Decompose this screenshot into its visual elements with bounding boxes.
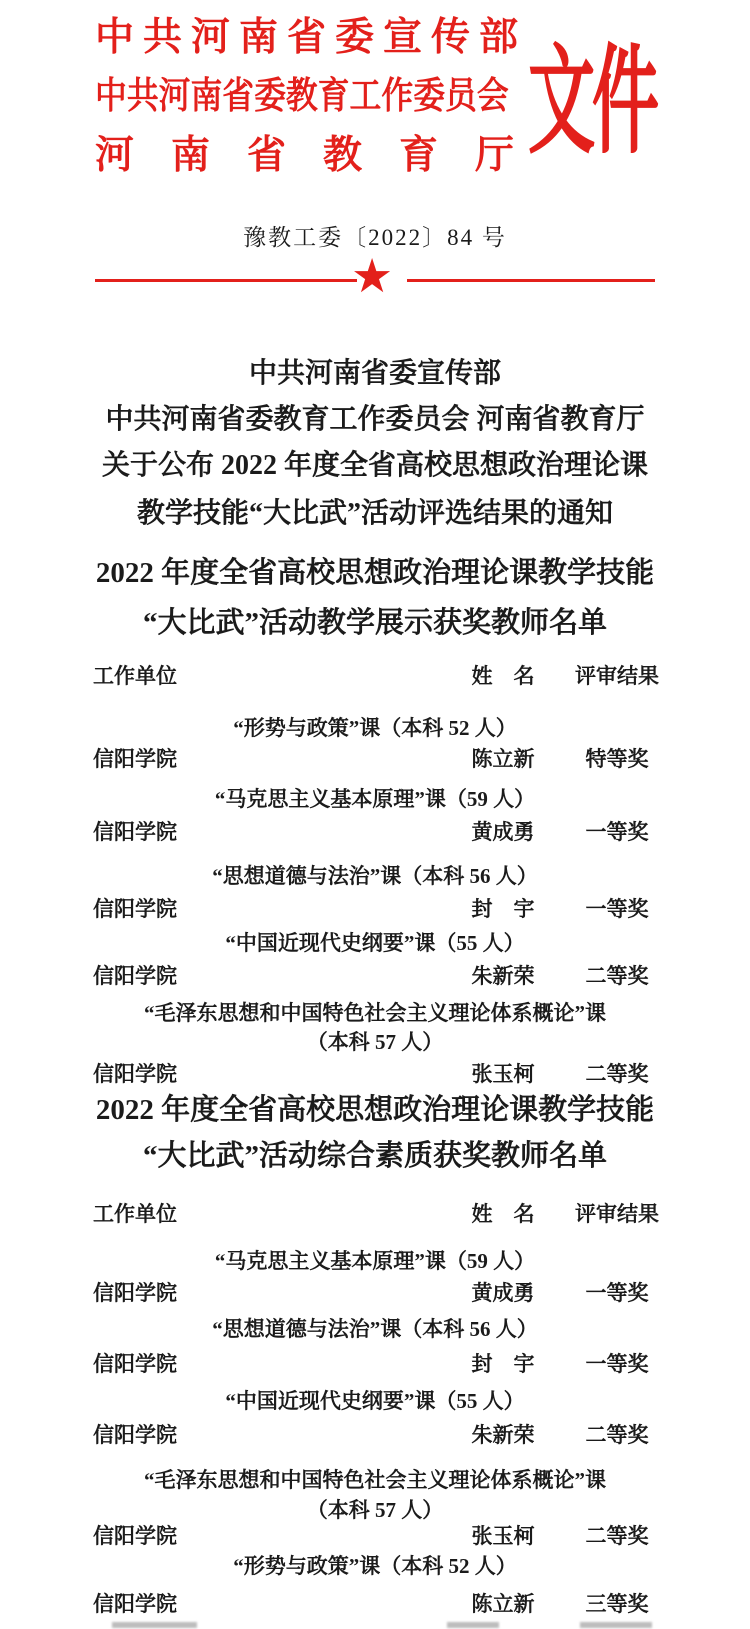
org-name-line-3: 河南省教育厅 (95, 136, 515, 176)
section2-heading-line-2: “大比武”活动综合素质获奖教师名单 (0, 1139, 750, 1173)
red-rule-left (95, 279, 357, 282)
cutoff-row-unit-fragment (112, 1622, 197, 1628)
row-result: 二等奖 (572, 963, 662, 989)
row-name: 黄成勇 (448, 819, 558, 845)
row-result: 一等奖 (572, 1351, 662, 1377)
course-heading-line2: （本科 57 人） (0, 1497, 750, 1523)
course-heading: “形势与政策”课（本科 52 人） (0, 1553, 750, 1579)
row-name: 陈立新 (448, 746, 558, 772)
table1-header-result: 评审结果 (572, 663, 662, 689)
row-name: 封 宇 (448, 896, 558, 922)
row-result: 一等奖 (572, 896, 662, 922)
title-line-3: 关于公布 2022 年度全省高校思想政治理论课 (0, 450, 750, 482)
row-unit: 信阳学院 (93, 819, 177, 845)
row-name: 朱新荣 (448, 1422, 558, 1448)
course-heading: “思想道德与法治”课（本科 56 人） (0, 863, 750, 889)
row-unit: 信阳学院 (93, 1523, 177, 1549)
row-unit: 信阳学院 (93, 746, 177, 772)
row-name: 陈立新 (448, 1591, 558, 1617)
section2-heading-line-1: 2022 年度全省高校思想政治理论课教学技能 (0, 1093, 750, 1127)
section1-heading-line-1: 2022 年度全省高校思想政治理论课教学技能 (0, 556, 750, 590)
cutoff-row-name-fragment (447, 1622, 499, 1628)
row-result: 三等奖 (572, 1591, 662, 1617)
course-heading: “思想道德与法治”课（本科 56 人） (0, 1316, 750, 1342)
course-heading: “马克思主义基本原理”课（59 人） (0, 1248, 750, 1274)
doc-type-label: 文件 (528, 44, 656, 162)
org-name-line-2: 中共河南省委教育工作委员会 (95, 78, 456, 116)
row-unit: 信阳学院 (93, 1280, 177, 1306)
course-heading: “中国近现代史纲要”课（55 人） (0, 1388, 750, 1414)
title-line-2: 中共河南省委教育工作委员会 河南省教育厅 (0, 404, 750, 436)
table2-header-name: 姓 名 (448, 1201, 558, 1227)
row-unit: 信阳学院 (93, 1422, 177, 1448)
course-heading-line2: （本科 57 人） (0, 1029, 750, 1055)
course-heading: “马克思主义基本原理”课（59 人） (0, 786, 750, 812)
org-name-line-1: 中共河南省委宣传部 (95, 18, 515, 58)
row-result: 二等奖 (572, 1061, 662, 1087)
row-result: 一等奖 (572, 819, 662, 845)
title-line-4: 教学技能“大比武”活动评选结果的通知 (0, 498, 750, 530)
row-name: 张玉柯 (448, 1523, 558, 1549)
course-heading: “毛泽东思想和中国特色社会主义理论体系概论”课 (0, 1467, 750, 1493)
row-result: 二等奖 (572, 1422, 662, 1448)
table2-header-unit: 工作单位 (93, 1201, 177, 1227)
red-rule-right (407, 279, 655, 282)
row-unit: 信阳学院 (93, 1061, 177, 1087)
section1-heading-line-2: “大比武”活动教学展示获奖教师名单 (0, 606, 750, 640)
table1-header-unit: 工作单位 (93, 663, 177, 689)
row-name: 黄成勇 (448, 1280, 558, 1306)
row-result: 特等奖 (572, 746, 662, 772)
title-line-1: 中共河南省委宣传部 (0, 358, 750, 390)
row-name: 张玉柯 (448, 1061, 558, 1087)
cutoff-row-result-fragment (580, 1622, 652, 1628)
course-heading: “中国近现代史纲要”课（55 人） (0, 930, 750, 956)
row-result: 一等奖 (572, 1280, 662, 1306)
table2-header-result: 评审结果 (572, 1201, 662, 1227)
table1-header-name: 姓 名 (448, 663, 558, 689)
course-heading: “形势与政策”课（本科 52 人） (0, 715, 750, 741)
row-name: 朱新荣 (448, 963, 558, 989)
row-name: 封 宇 (448, 1351, 558, 1377)
star-icon: ★ (351, 254, 393, 301)
row-unit: 信阳学院 (93, 963, 177, 989)
doc-number: 豫教工委〔2022〕84 号 (0, 224, 750, 252)
row-unit: 信阳学院 (93, 1591, 177, 1617)
course-heading: “毛泽东思想和中国特色社会主义理论体系概论”课 (0, 1000, 750, 1026)
row-unit: 信阳学院 (93, 896, 177, 922)
row-result: 二等奖 (572, 1523, 662, 1549)
row-unit: 信阳学院 (93, 1351, 177, 1377)
official-document-page: 中共河南省委宣传部 中共河南省委教育工作委员会 河南省教育厅 文件 豫教工委〔2… (0, 0, 750, 1629)
